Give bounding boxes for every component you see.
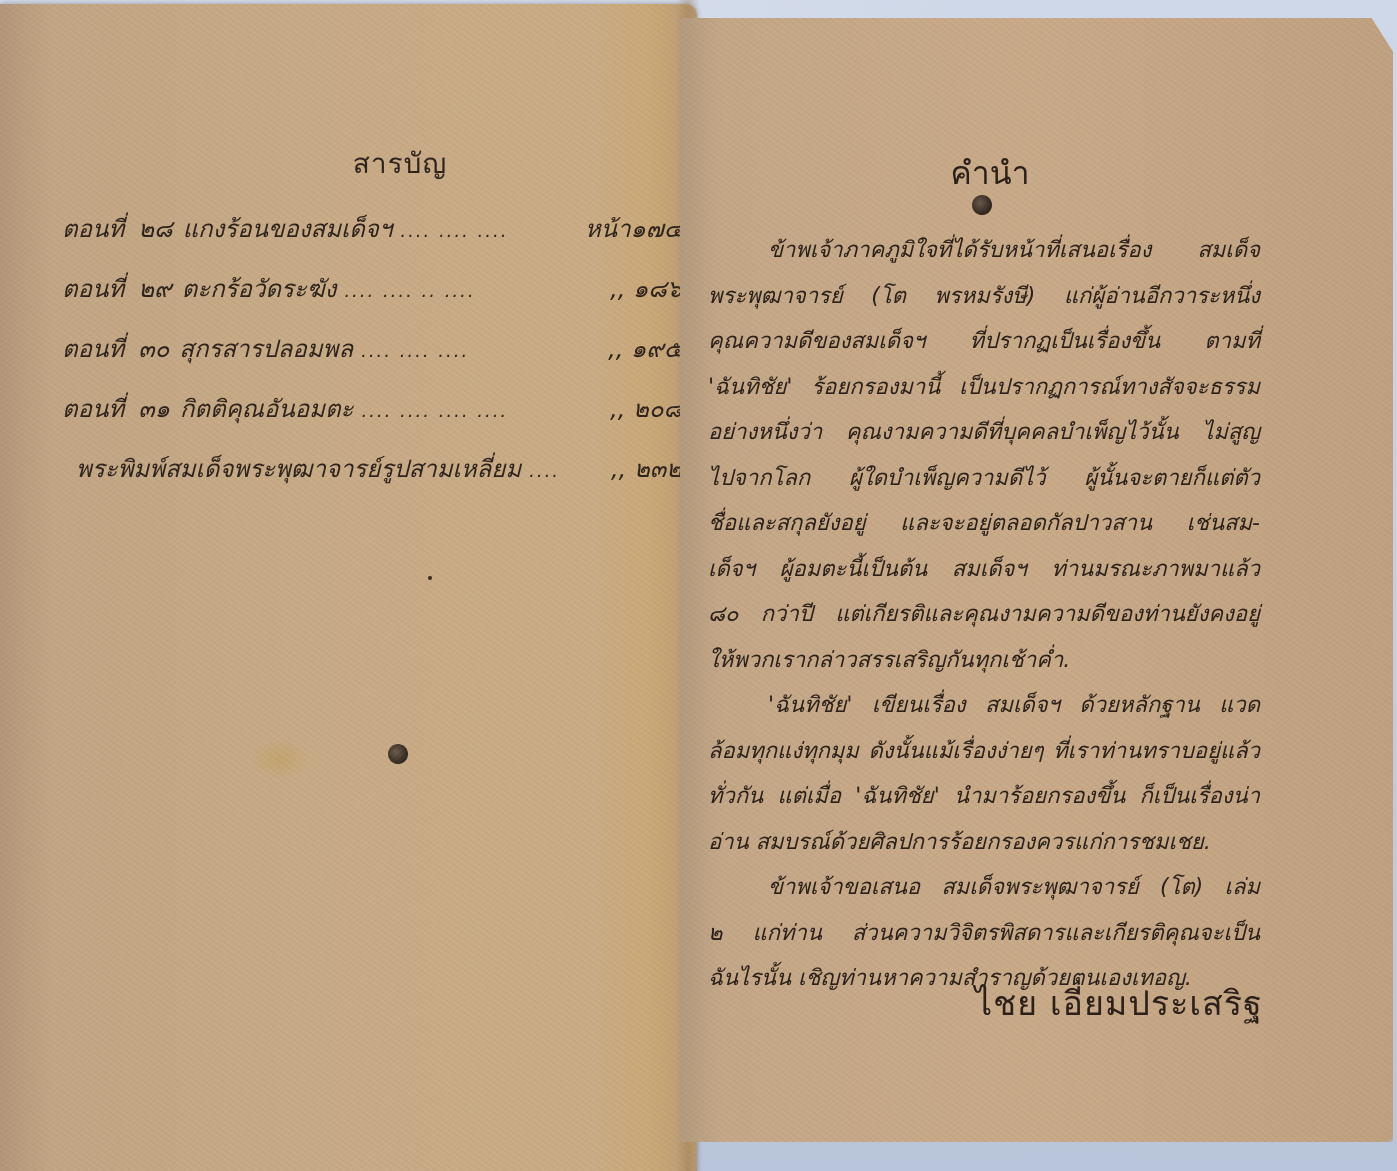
foreword-line: ทั่วกัน แต่เมื่อ 'ฉันทิชัย' นำมาร้อยกรอง… — [708, 774, 1260, 820]
toc-entry-page: ๑๗๔ — [631, 209, 682, 248]
toc-entry-number: ๓๑ — [138, 389, 170, 428]
toc-entry-leader: .... .... .... — [400, 221, 577, 242]
toc-entry: ตอนที่ ๓๑ กิตติคุณอันอมตะ .... .... ....… — [62, 389, 682, 449]
toc-entry-title: ตะกร้อวัดระฆัง — [182, 269, 337, 308]
foreword-line: ให้พวกเรากล่าวสรรเสริญกันทุกเช้าค่ำ. — [708, 638, 1260, 684]
toc-entry: ตอนที่ ๓๐ สุกรสารปลอมพล .... .... .... ,… — [62, 329, 682, 389]
toc-entry-page-prefix: ,, — [608, 335, 623, 363]
toc-entry-label: ตอนที่ — [62, 209, 124, 248]
left-page-toc: สารบัญ ตอนที่ ๒๘ แกงร้อนของสมเด็จฯ .... … — [0, 4, 697, 1171]
foreword-line: ชื่อและสกุลยังอยู่ และจะอยู่ตลอดกัลปาวสา… — [708, 501, 1260, 547]
toc-entry-page-prefix: หน้า — [585, 209, 631, 248]
foreword-line: คุณความดีของสมเด็จฯ ที่ปรากฏเป็นเรื่องขึ… — [708, 319, 1260, 365]
toc-entry-page-prefix: ,, — [611, 455, 626, 483]
toc-entry-label: ตอนที่ — [62, 329, 124, 368]
foreword-line: 'ฉันทิชัย' เขียนเรื่อง สมเด็จฯ ด้วยหลักฐ… — [708, 683, 1260, 729]
toc-entry-leader: .... .... .... .... — [361, 401, 602, 422]
foreword-line: ล้อมทุกแง่ทุกมุม ดังนั้นแม้เรื่องง่ายๆ ท… — [708, 729, 1260, 775]
foreword-line: ไปจากโลก ผู้ใดบำเพ็ญความดีไว้ ผู้นั้นจะต… — [708, 456, 1260, 502]
foreword-body: ข้าพเจ้าภาคภูมิใจที่ได้รับหน้าที่เสนอเรื… — [708, 228, 1260, 1002]
dot-ornament-icon — [972, 195, 992, 215]
toc-entry: ตอนที่ ๒๘ แกงร้อนของสมเด็จฯ .... .... ..… — [62, 209, 682, 269]
toc-entry-page-prefix: ,, — [610, 275, 625, 303]
toc-entry-leader: .... .... .. .... — [344, 281, 602, 302]
foreword-line: ข้าพเจ้าภาคภูมิใจที่ได้รับหน้าที่เสนอเรื… — [708, 228, 1260, 274]
toc-entry-number: ๓๐ — [138, 329, 169, 368]
toc-entry-label: ตอนที่ — [62, 269, 124, 308]
toc-entry-title: กิตติคุณอันอมตะ — [180, 389, 354, 428]
foreword-line: ข้าพเจ้าขอเสนอ สมเด็จพระพุฒาจารย์ (โต) เ… — [708, 865, 1260, 911]
foreword-line: ๘๐ กว่าปี แต่เกียรติและคุณงามความดีของท่… — [708, 592, 1260, 638]
foreword-line: อ่าน สมบรณ์ด้วยศิลปการร้อยกรองควรแก่การช… — [708, 820, 1260, 866]
foreword-title: คำนำ — [900, 148, 1080, 199]
toc-entry-number: ๒๙ — [138, 269, 171, 308]
toc-entry-title: พระพิมพ์สมเด็จพระพุฒาจารย์รูปสามเหลี่ยม — [76, 449, 521, 488]
toc-entry-page: ๑๘๖ — [633, 269, 682, 308]
paper-stain — [250, 739, 310, 779]
foreword-line: ๒ แก่ท่าน ส่วนความวิจิตรพิสดารและเกียรติ… — [708, 911, 1260, 957]
flower-ornament-icon — [388, 744, 408, 764]
foreword-line: พระพุฒาจารย์ (โต พรหมรังษี) แก่ผู้อ่านอี… — [708, 274, 1260, 320]
speck — [428, 576, 432, 580]
toc-entry-page: ๒๐๘ — [633, 389, 682, 428]
author-signature: ไชย เอี่ยมประเสริฐ — [975, 976, 1263, 1030]
toc-entry-label: ตอนที่ — [62, 389, 124, 428]
toc-entry-page-prefix: ,, — [610, 395, 625, 423]
toc-list: ตอนที่ ๒๘ แกงร้อนของสมเด็จฯ .... .... ..… — [62, 209, 682, 509]
toc-entry: ตอนที่ ๒๙ ตะกร้อวัดระฆัง .... .... .. ..… — [62, 269, 682, 329]
foreword-line: เด็จฯ ผู้อมตะนี้เป็นต้น สมเด็จฯ ท่านมรณะ… — [708, 547, 1260, 593]
toc-entry-title: แกงร้อนของสมเด็จฯ — [183, 209, 393, 248]
foreword-line: 'ฉันทิชัย' ร้อยกรองมานี้ เป็นปรากฏการณ์ท… — [708, 365, 1260, 411]
toc-entry-page: ๒๓๒ — [634, 449, 682, 488]
foreword-line: อย่างหนึ่งว่า คุณงามความดีที่บุคคลบำเพ็ญ… — [708, 410, 1260, 456]
toc-entry-number: ๒๘ — [138, 209, 172, 248]
toc-entry-title: สุกรสารปลอมพล — [179, 329, 353, 368]
toc-entry-leader: .... .... .... — [361, 341, 600, 362]
toc-entry-leader: .... — [529, 461, 603, 482]
toc-entry: พระพิมพ์สมเด็จพระพุฒาจารย์รูปสามเหลี่ยม … — [62, 449, 682, 509]
toc-entry-page: ๑๙๕ — [631, 329, 682, 368]
